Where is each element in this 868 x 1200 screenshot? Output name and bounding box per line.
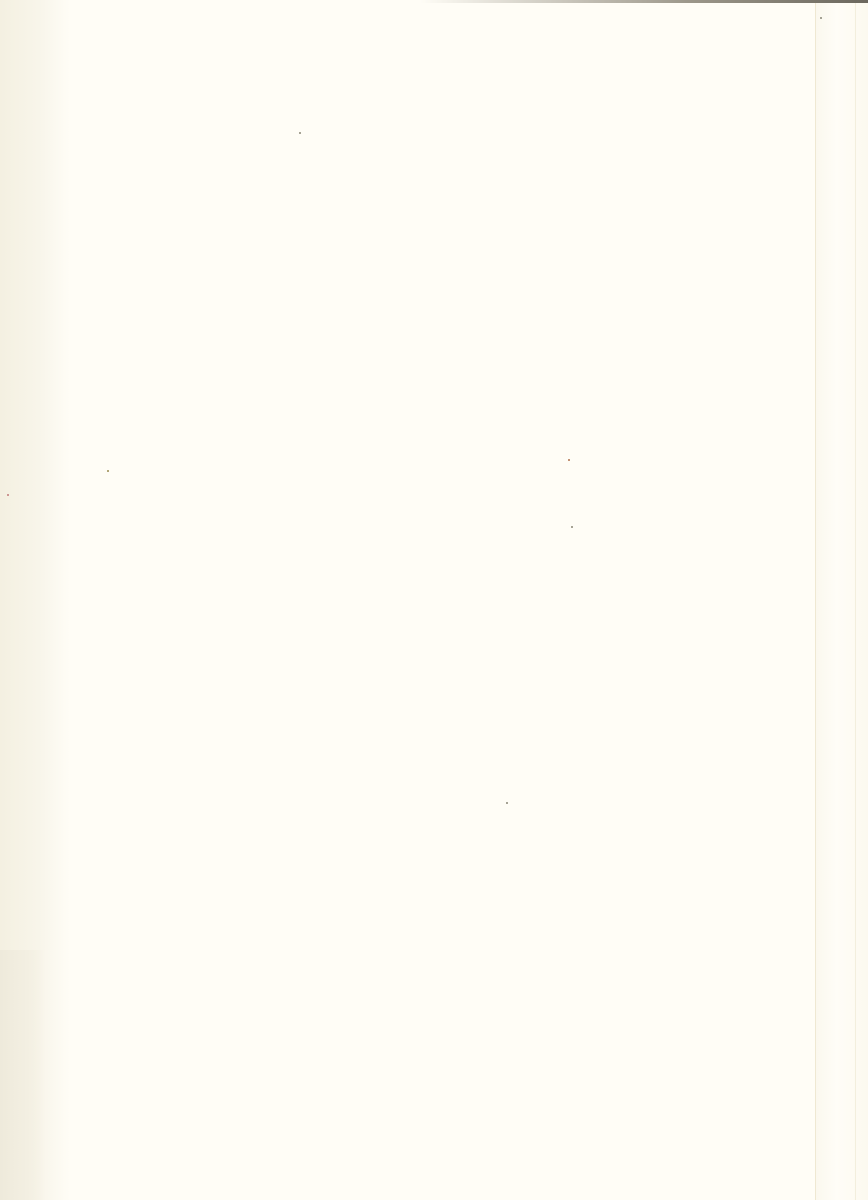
top-scan-edge [420,0,868,3]
left-edge-shadow-bottom [0,950,45,1200]
dust-speck [107,470,109,472]
page-fold-line [815,0,816,1200]
dust-speck [571,526,573,528]
dust-speck [299,132,301,134]
right-page-margin [816,0,868,1200]
blank-scanned-page [0,0,868,1200]
dust-speck [568,459,570,461]
dust-speck [820,17,822,19]
dust-speck [7,494,9,496]
page-edge-line [855,0,856,1200]
dust-speck [506,802,508,804]
